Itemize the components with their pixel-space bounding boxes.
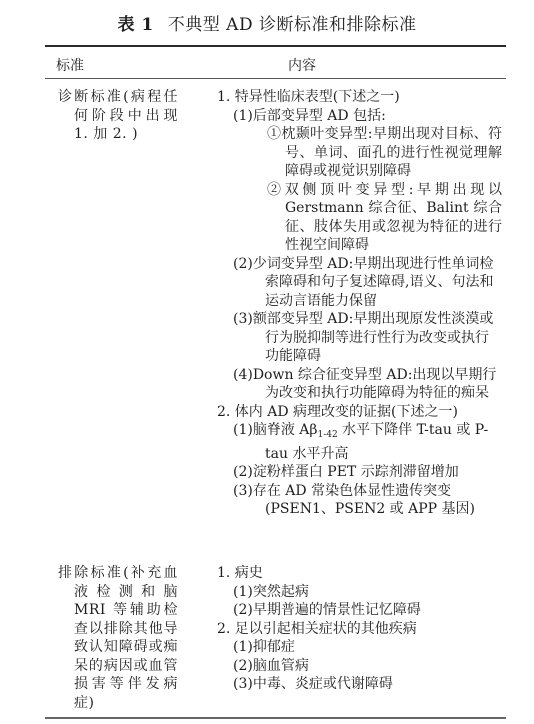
- list-item: (1)后部变异型 AD 包括:: [217, 107, 502, 126]
- list-item: 2. 足以引起相关症状的其他疾病: [217, 620, 502, 639]
- content-cell: 1. 病史 (1)突然起病 (2)早期普遍的情景性记忆障碍 2. 足以引起相关症…: [217, 564, 502, 694]
- list-item: (3)中毒、炎症或代谢障碍: [217, 675, 502, 694]
- list-item: (4)Down 综合征变异型 AD:出现以早期行为改变和执行功能障碍为特征的痴呆: [217, 366, 502, 403]
- list-item: 1. 病史: [217, 564, 502, 583]
- list-item: (2)脑血管病: [217, 657, 502, 676]
- list-item: (3)存在 AD 常染色体显性遗传突变(PSEN1、PSEN2 或 APP 基因…: [217, 482, 502, 519]
- top-rule: [45, 45, 506, 47]
- list-item: (1)脑脊液 Aβ1-42 水平下降伴 T-tau 或 P-tau 水平升高: [217, 421, 502, 463]
- table-number: 表 1: [118, 15, 154, 35]
- list-item: 1. 特异性临床表型(下述之一): [217, 88, 502, 107]
- subscript: 1-42: [318, 430, 338, 440]
- content-cell: 1. 特异性临床表型(下述之一) (1)后部变异型 AD 包括: ①枕颞叶变异型…: [217, 88, 502, 519]
- list-item: (2)早期普遍的情景性记忆障碍: [217, 601, 502, 620]
- list-item: (1)突然起病: [217, 583, 502, 602]
- list-item: ②双侧顶叶变异型:早期出现以 Gerstmann 综合征、Balint 综合征、…: [217, 181, 502, 255]
- list-item: (2)少词变异型 AD:早期出现进行性单词检索障碍和句子复述障碍,语义、句法和运…: [217, 255, 502, 311]
- list-item: (2)淀粉样蛋白 PET 示踪剂滞留增加: [217, 463, 502, 482]
- criterion-cell: 诊断标准(病程任何阶段中出现 1. 加 2. ): [58, 88, 178, 144]
- csf-text-pre: (1)脑脊液 Aβ: [233, 422, 318, 438]
- list-item: (1)抑郁症: [217, 638, 502, 657]
- header-rule: [45, 78, 506, 79]
- criterion-cell: 排除标准(补充血液检测和脑 MRI 等辅助检查以排除其他导致认知障碍或痴呆的病因…: [58, 564, 178, 712]
- table-title: 不典型 AD 诊断标准和排除标准: [168, 15, 417, 35]
- table-caption: 表 1不典型 AD 诊断标准和排除标准: [0, 10, 534, 35]
- bottom-rule: [45, 717, 506, 719]
- list-item: 2. 体内 AD 病理改变的证据(下述之一): [217, 403, 502, 422]
- header-content: 内容: [288, 55, 316, 75]
- list-item: (3)额部变异型 AD:早期出现原发性淡漠或行为脱抑制等进行性行为改变或执行功能…: [217, 310, 502, 366]
- header-criterion: 标准: [56, 55, 84, 75]
- list-item: ①枕颞叶变异型:早期出现对目标、符号、单词、面孔的进行性视觉理解障碍或视觉识别障…: [217, 125, 502, 181]
